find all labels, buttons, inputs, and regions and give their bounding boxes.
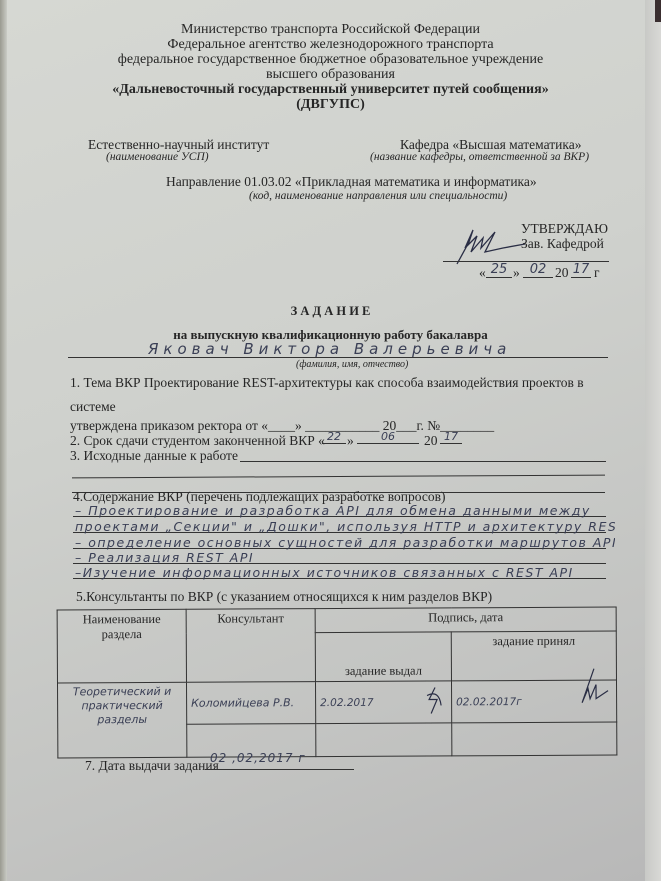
approval-close-quote: » <box>513 265 520 281</box>
header-issued: задание выдал <box>315 632 451 682</box>
department-caption: (название кафедры, ответственной за ВКР) <box>370 151 589 163</box>
approval-day[interactable]: 25 <box>486 262 512 278</box>
issue-date-line <box>205 769 354 770</box>
consultants-label: 5.Консультанты по ВКР (с указанием относ… <box>76 589 492 605</box>
content-item[interactable]: – определение основных сущностей для раз… <box>75 535 615 550</box>
background-corner <box>655 0 661 22</box>
issue-date-value[interactable]: 02 ,02,2017 г <box>210 751 306 765</box>
student-name[interactable]: Яковач Виктора Валерьевича <box>148 340 511 358</box>
source-data-line-1[interactable] <box>240 461 606 462</box>
approval-role: Зав. Кафедрой <box>521 236 604 252</box>
header-signature-date: Подпись, дата <box>315 607 616 633</box>
content-item[interactable]: – Проектирование и разработка API для об… <box>75 503 615 518</box>
content-item[interactable]: проектами „Секции" и „Дошки", используя … <box>75 519 615 534</box>
university-abbr: (ДВГУПС) <box>0 97 661 113</box>
student-caption: (фамилия, имя, отчество) <box>296 359 408 370</box>
direction-caption: (код, наименование направления или специ… <box>249 190 507 202</box>
content-item[interactable]: – Реализация REST API <box>75 550 615 565</box>
approval-year-prefix: 20 <box>555 265 569 281</box>
approval-year-unit: г <box>594 265 600 281</box>
issue-date-label: 7. Дата выдачи задания <box>85 758 219 774</box>
approval-title: УТВЕРЖДАЮ <box>521 221 608 237</box>
page-edge-left <box>0 0 7 881</box>
header-section: Наименование раздела <box>57 609 186 683</box>
deadline-year[interactable]: 17 <box>440 430 462 444</box>
row-empty-accepted[interactable] <box>452 722 617 756</box>
topic-label: 1. Тема ВКР Проектирование REST-архитект… <box>70 375 584 391</box>
row-consultant[interactable]: Коломийцева Р.В. <box>186 682 315 725</box>
agency-line: Федеральное агентство железнодорожного т… <box>0 37 661 53</box>
source-data-label: 3. Исходные данные к работе <box>70 448 238 464</box>
deadline-day[interactable]: 22 <box>322 430 346 444</box>
row-section[interactable]: Теоретический и практический разделы <box>57 682 186 758</box>
header-consultant: Консультант <box>186 609 315 683</box>
institution-type-line: федеральное государственное бюджетное об… <box>0 52 661 68</box>
source-data-line-2[interactable] <box>72 475 605 479</box>
row-issued-date[interactable]: 2.02.2017 <box>320 697 374 709</box>
content-item[interactable]: –Изучение информационных источников связ… <box>75 565 615 580</box>
consultants-table: Наименование раздела Консультант Подпись… <box>57 607 618 759</box>
student-signature-icon <box>576 667 610 707</box>
direction-text: Направление 01.03.02 «Прикладная математ… <box>166 174 537 190</box>
institute-caption: (наименование УСП) <box>106 151 209 163</box>
task-title: З А Д А Н И Е <box>0 304 661 319</box>
table-row: Теоретический и практический разделы Кол… <box>57 680 616 725</box>
row-accepted-date[interactable]: 02.02.2017г <box>456 696 522 708</box>
page-edge-right <box>645 0 661 881</box>
topic-continuation: системе <box>70 399 116 415</box>
deadline-year-prefix: 20 <box>424 433 438 449</box>
approval-month[interactable]: 02 <box>523 262 553 278</box>
approval-open-quote: « <box>479 265 486 281</box>
row-empty-issued[interactable] <box>316 723 452 757</box>
approval-year[interactable]: 17 <box>571 262 591 278</box>
order-text: утверждена приказом ректора от «____» __… <box>70 418 494 434</box>
deadline-month[interactable]: 06 <box>357 430 419 444</box>
issuer-signature-icon <box>421 685 445 715</box>
student-name-line <box>68 357 608 358</box>
education-level-line: высшего образования <box>0 67 661 83</box>
deadline-label: 2. Срок сдачи студентом законченной ВКР … <box>70 433 325 449</box>
ministry-line: Министерство транспорта Российской Федер… <box>0 22 661 38</box>
university-name: «Дальневосточный государственный универс… <box>0 82 661 98</box>
